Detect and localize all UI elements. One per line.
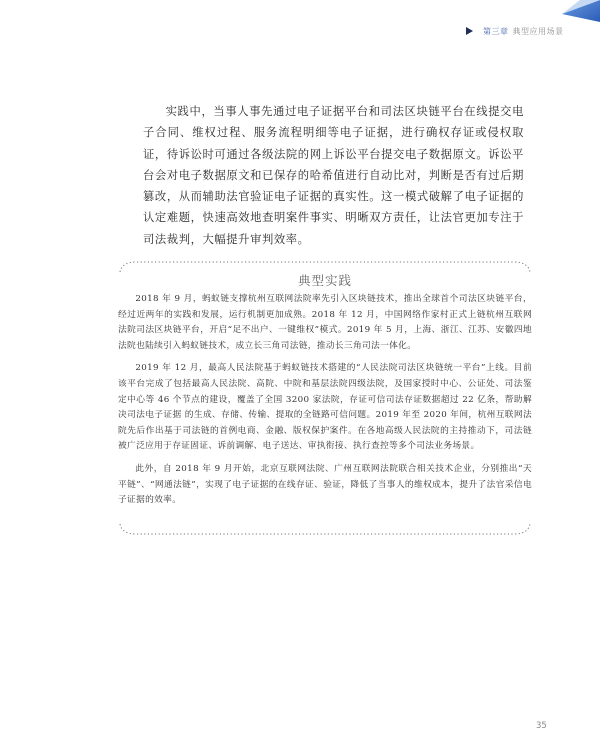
box-paragraph: 2019 年 12 月，最高人民法院基于蚂蚁链技术搭建的“人民法院司法区块链统一… xyxy=(118,361,532,455)
page-number: 35 xyxy=(536,721,547,731)
running-header: 第三章 典型应用场景 xyxy=(466,24,564,38)
main-paragraph: 实践中，当事人事先通过电子证据平台和司法区块链平台在线提交电子合同、维权过程、服… xyxy=(143,101,524,250)
play-arrow-icon xyxy=(466,27,473,35)
box-title: 典型实践 xyxy=(118,271,532,289)
corner-triangle-icon xyxy=(540,0,600,22)
box-paragraph: 此外，自 2018 年 9 月开始，北京互联网法院、广州互联网法院联合相关技术企… xyxy=(118,462,532,509)
section-label: 典型应用场景 xyxy=(513,26,564,37)
chapter-label: 第三章 xyxy=(483,26,509,37)
box-paragraph: 2018 年 9 月，蚂蚁链支撑杭州互联网法院率先引入区块链技术，推出全球首个司… xyxy=(118,292,532,354)
typical-practice-box: 典型实践 2018 年 9 月，蚂蚁链支撑杭州互联网法院率先引入区块链技术，推出… xyxy=(118,258,532,538)
box-body: 2018 年 9 月，蚂蚁链支撑杭州互联网法院率先引入区块链技术，推出全球首个司… xyxy=(118,292,532,516)
